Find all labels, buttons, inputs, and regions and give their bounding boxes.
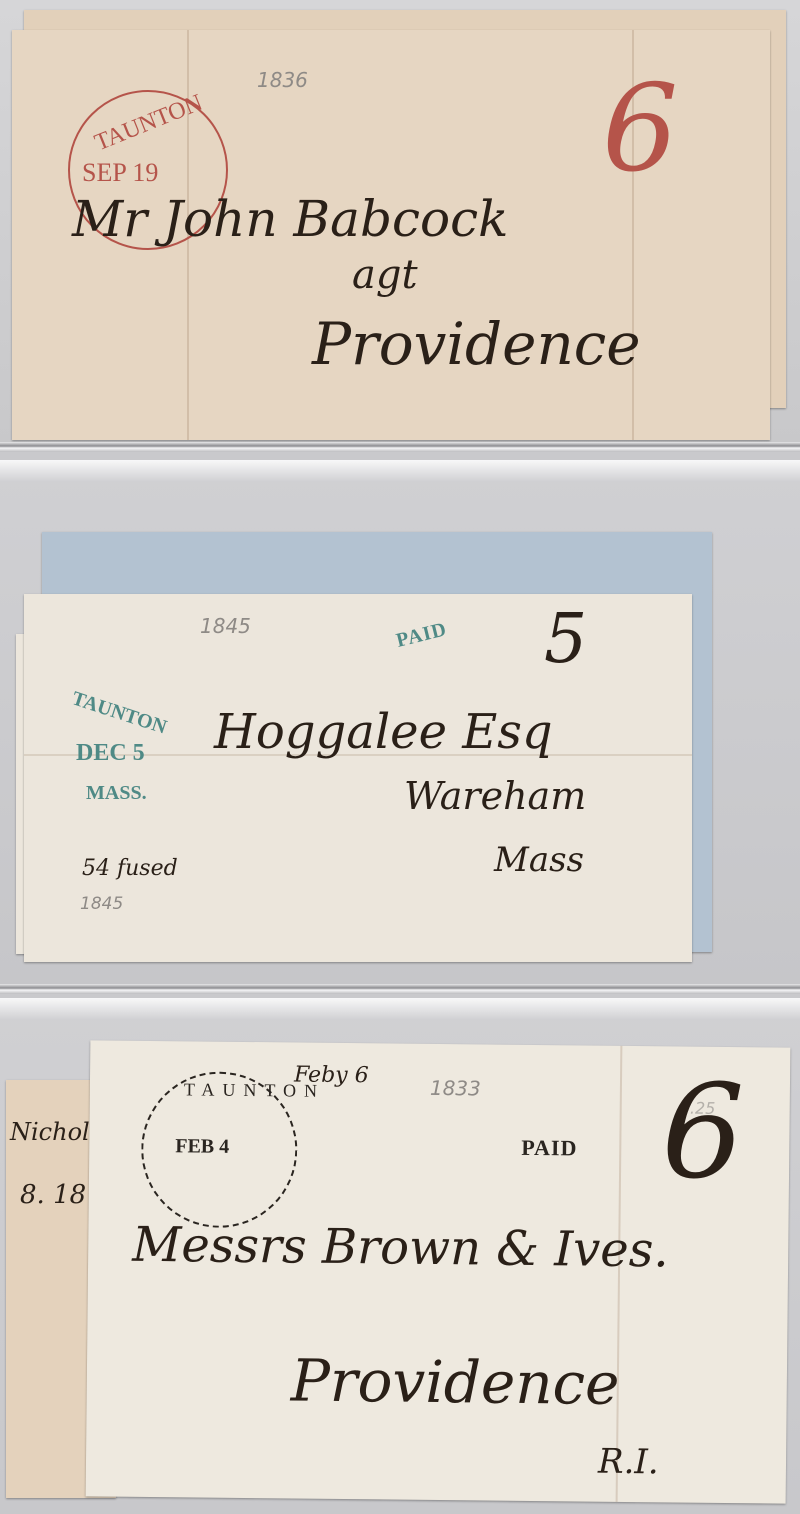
paid-handstamp: PAID	[521, 1135, 577, 1162]
pencil-year: 1845	[200, 614, 251, 638]
album-sleeve-1: 1836 TAUNTON SEP 19 6 Mr John Babcock ag…	[0, 0, 800, 452]
postmark-state: MASS.	[86, 782, 147, 805]
postmark-date: SEP 19	[82, 158, 158, 188]
rate-marking: 5	[544, 600, 587, 679]
docket-pencil-year: 1845	[80, 894, 123, 914]
address-line-2: Providence	[291, 1346, 620, 1417]
address-line-3: Providence	[312, 310, 641, 378]
paid-handstamp: PAID	[394, 618, 449, 653]
cover-1: 1836 TAUNTON SEP 19 6 Mr John Babcock ag…	[12, 30, 770, 440]
album-sleeve-3: Nichols 8. 18 Feby 6 1833 6.25 TAUNTON F…	[0, 998, 800, 1514]
pencil-year: 1836	[257, 68, 308, 92]
address-line-2: agt	[352, 252, 418, 298]
taunton-postmark: TAUNTON FEB 4	[140, 1071, 298, 1229]
rate-marking: 6	[661, 1066, 745, 1197]
sleeve-edge	[0, 984, 800, 994]
rate-marking: 6	[602, 70, 678, 190]
postmark-date: DEC 5	[76, 740, 145, 767]
sleeve-edge	[0, 442, 800, 452]
address-line-1: Mr John Babcock	[72, 190, 508, 248]
cover-3: Feby 6 1833 6.25 TAUNTON FEB 4 PAID 6 Me…	[86, 1040, 791, 1503]
underlay-text-1: Nichols	[10, 1118, 102, 1146]
underlay-text-2: 8. 18	[20, 1180, 86, 1210]
album-sleeve-2: 1845 PAID 5 TAUNTON DEC 5 MASS. Hoggalee…	[0, 460, 800, 990]
address-line-1: Messrs Brown & Ives.	[132, 1217, 669, 1279]
address-line-3: R.I.	[598, 1442, 659, 1483]
address-line-1: Hoggalee Esq	[214, 704, 553, 760]
address-line-2: Wareham	[404, 774, 586, 818]
postmark-town: TAUNTON	[69, 687, 169, 739]
postmark-date: FEB 4	[175, 1135, 229, 1159]
sleeve-glare	[0, 460, 800, 482]
postmark-town: TAUNTON	[91, 90, 206, 158]
taunton-mass-postmark: TAUNTON DEC 5 MASS.	[64, 694, 194, 824]
sleeve-glare	[0, 998, 800, 1020]
cover-2: 1845 PAID 5 TAUNTON DEC 5 MASS. Hoggalee…	[24, 594, 692, 962]
address-line-3: Mass	[494, 840, 584, 880]
postmark-town: TAUNTON	[184, 1079, 325, 1101]
docket-note: 54 fused	[82, 856, 178, 881]
pencil-year: 1833	[430, 1076, 481, 1101]
